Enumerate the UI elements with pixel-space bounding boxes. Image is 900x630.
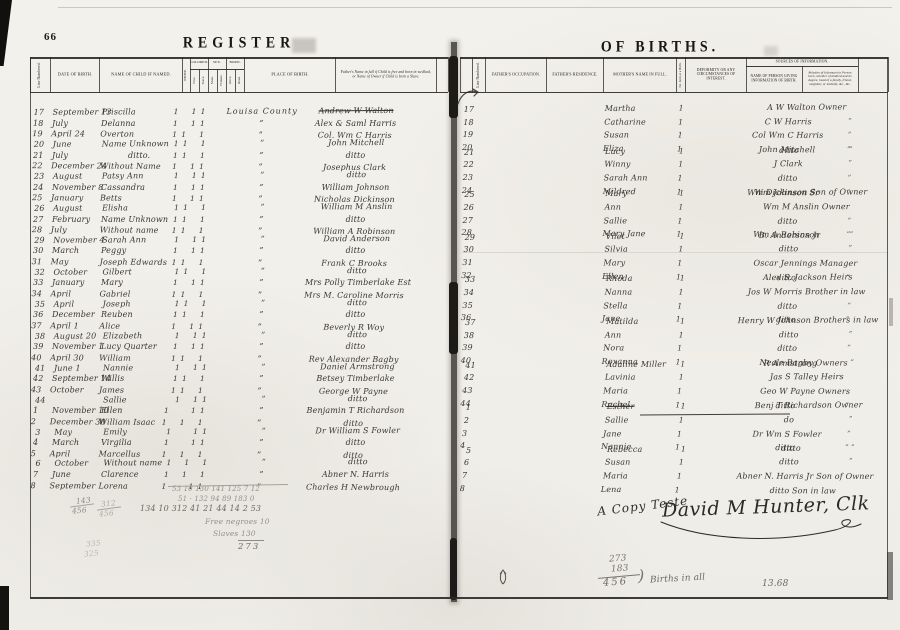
row-number: 34 [464,289,475,297]
relation-ditto-mark: ” [847,303,851,310]
mother-name: Susan [605,459,630,467]
mother-name: Maria [603,387,628,395]
number-born-tick: 1 [677,260,682,268]
form-rule-line [99,57,100,92]
relation-ditto-mark: ” [848,175,852,182]
mother-name: Mary [605,190,627,198]
number-born-tick: 1 [679,147,684,155]
informant-name: ditto [725,345,849,353]
informant-name: Wm Dickinson Son of Owner [727,188,887,197]
form-rule-line [676,57,677,92]
informant-name: Henry W Johnson Brothers in law [728,316,888,325]
informant-name: Jos W Morris Brother in law [727,288,887,296]
row-number: 17 [464,106,475,114]
pencil-sum-rule [238,540,264,541]
mother-name: Rebecca [607,446,642,454]
mother-name: Rhoda [606,275,633,283]
number-born-tick: 1 [678,174,683,182]
number-born-tick: 1 [681,403,686,411]
informant-name: ditto [725,302,849,310]
form-rule-line [546,57,547,92]
relation-ditto-mark: ” [848,160,852,167]
mother-name: Matilda [606,318,638,326]
mother-name: Stella [603,302,627,310]
informant-name: A W Walton Owner [727,103,887,112]
relation-ditto-mark: ” [848,217,852,224]
row-number: 35 [462,302,473,310]
form-rule-line [746,57,747,92]
mother-name: Jane [603,430,621,438]
mother-name: Maria [603,472,628,480]
mother-name: Martha [605,105,636,113]
form-rule-line [460,57,888,59]
number-born-tick: 1 [679,331,684,339]
pencil-paren: ) [638,568,644,584]
birth-register-scan: 66 REGISTER OF BIRTHS. Line Numbered. DA… [0,0,900,630]
form-rule-line [485,57,486,92]
number-born-tick: 1 [679,105,684,113]
row-number: 6 [464,459,469,467]
row-number: 37 [465,319,476,327]
form-rule-line [235,69,236,92]
row-number: 5 [466,447,471,455]
number-born-tick: 1 [679,246,684,254]
row-number: 21 [464,148,475,156]
row-number: 30 [464,246,475,254]
form-rule-line [858,57,859,92]
form-rule-line [472,57,473,92]
relation-ditto-mark: ” [847,430,851,437]
pencil-total: 273 [238,543,260,552]
row-number: 25 [464,191,475,199]
number-born-tick: 1 [680,318,685,326]
pencil-margin-sum: 325 [84,549,99,558]
number-born-tick: 1 [675,486,680,494]
informant-name: Benj T Richardson Owner [729,401,889,410]
informant-name: Alex S. Jackson Heirs [728,274,888,283]
row-number: 22 [463,161,474,169]
number-born-tick: 1 [679,459,684,467]
form-rule-line [244,57,245,92]
informant-name: ditto [726,217,850,225]
number-born-tick: 1 [679,289,684,297]
number-born-tick: 1 [675,401,680,409]
number-born-tick: 1 [680,275,685,283]
informant-name: Oscar Jennings Manager [725,260,885,268]
row-number: 33 [465,276,476,284]
form-rule-line [217,69,218,92]
number-born-tick: 1 [678,132,683,140]
number-born-tick: 1 [678,161,683,169]
form-rule-line [802,66,803,92]
informant-name: J Clark [726,160,850,168]
row-number: 26 [463,204,474,212]
informant-name: ditto [729,444,853,453]
informant-name: R Armstrong [728,359,852,368]
pencil-margin-sum: 335 [86,539,101,548]
form-rule-line [460,92,888,93]
row-number: 1 [466,404,471,412]
relation-ditto-mark: ” [850,359,854,366]
pencil-margin-sum: 456 [72,506,87,515]
mother-name: Lena [601,486,622,494]
informant-name: Geo W Payne Owners [725,387,885,395]
mother-name: Esther [607,403,635,411]
mother-name: Vilet [606,233,626,241]
row-number: 39 [462,344,473,352]
number-born-tick: 1 [677,387,682,395]
informant-name: B. Anderson Jr [728,231,852,240]
mother-name: Susan [604,132,629,140]
row-number: 19 [463,131,474,139]
informant-name: Dr Wm S Fowler [725,430,849,438]
form-rule-line [685,57,686,92]
number-born-tick: 1 [680,232,685,240]
number-born-tick: 1 [679,374,684,382]
row-number: 43 [462,387,473,395]
form-rule-line [30,57,31,597]
relation-ditto-mark: ” [849,146,853,153]
signature-flourish [655,514,885,548]
amount-note: 13.68 [762,580,789,589]
pencil-slaves: Slaves 130 [213,530,256,538]
informant-name: C W Harris [726,118,850,126]
mother-name: Silvia [605,246,628,254]
row-number: 42 [464,374,475,382]
number-born-tick: 1 [677,430,682,438]
row-number: 7 [462,472,467,480]
number-born-tick: 1 [679,416,684,424]
mother-name: Sallie [605,416,629,424]
mother-name: Winny [604,161,630,169]
row-number: 38 [464,332,475,340]
row-number: 3 [462,430,467,438]
informant-name: Col Wm C Harris [726,132,850,140]
row-number: 23 [463,174,474,182]
number-born-tick: 1 [675,444,680,452]
form-rule-line [50,57,51,92]
form-rule-line [335,57,336,92]
pencil-sum-mid: 183 [611,564,629,574]
form-rule-line [887,57,888,597]
mother-name: Lavinia [605,374,636,382]
number-born-tick: 1 [679,190,684,198]
relation-ditto-mark: ” [849,246,853,253]
mother-name: Nora [603,345,624,353]
mother-name: Nanna [605,289,633,297]
row-number: 29 [465,234,476,242]
relation-ditto-mark: ” [847,345,851,352]
relation-ditto-mark: ” [848,132,852,139]
row-number: 31 [462,259,473,267]
relation-ditto-mark: ” [849,459,853,466]
mother-name: Lucy [605,148,625,156]
number-born-tick: 1 [680,360,685,368]
form-rule-line [436,57,437,92]
relation-ditto-mark: ” [848,118,852,125]
pencil-squiggle-mark [496,568,510,586]
row-number: 18 [463,119,474,127]
form-rule-line [888,57,889,92]
form-rule-line [182,57,183,92]
pencil-margin-sum: 456 [99,509,114,518]
row-number: 8 [460,485,465,493]
informant-name: do [727,416,851,424]
informant-name: Abner N. Harris Jr Son of Owner [725,473,885,481]
informant-name: ditto [727,331,851,339]
row-number: 2 [464,417,469,425]
form-rule-line [460,57,461,92]
informant-name: ditto [726,174,850,182]
mother-name: Ann [605,331,622,339]
form-rule-line [30,92,448,93]
mother-name: Mary [603,259,625,267]
form-rule-line [603,57,604,92]
relation-ditto-mark: ” [850,231,854,238]
informant-name: ditto [727,146,851,155]
form-rule-line [199,69,200,92]
number-born-tick: 1 [678,118,683,126]
row-number: 27 [463,217,474,225]
relation-ditto-mark: ” [849,331,853,338]
informant-name: ditto [727,459,851,467]
form-rule-line [226,57,227,92]
informant-name: ditto [727,246,851,254]
mother-name: Catharine [604,118,646,126]
pencil-sum-total: 456 [603,577,629,589]
mother-name: Sarah Ann [604,174,648,182]
mother-name: Adaline Miller [606,360,666,368]
number-born-tick: 1 [681,445,686,453]
informant-name: Wm M Anslin Owner [726,203,886,211]
relation-ditto-mark: ” [849,416,853,423]
number-born-tick: 1 [677,302,682,310]
number-born-tick: 1 [678,217,683,225]
pencil-free-negroes: Free negroes 10 [205,518,270,526]
form-rule-line [30,57,448,59]
number-born-tick: 1 [677,345,682,353]
row-number: 4 [460,442,465,450]
row-number: 41 [465,361,476,369]
form-rule-line [448,57,449,92]
form-rule-line [190,57,191,92]
form-rule-line [30,597,888,599]
informant-name: Jas S Talley Heirs [727,373,887,381]
number-born-tick: 1 [677,473,682,481]
form-rule-line [208,57,209,92]
mother-name: Ann [604,203,621,211]
relation-ditto-mark: ” [851,444,855,451]
number-born-tick: 1 [678,203,683,211]
mother-name: Sallie [604,217,628,225]
form-rule-line [30,57,31,92]
